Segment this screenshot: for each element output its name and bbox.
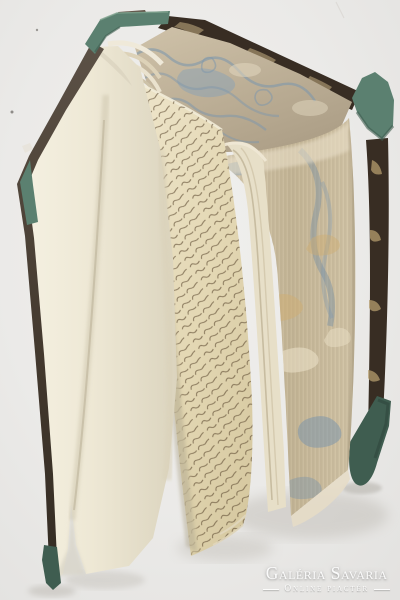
book-photograph — [0, 0, 400, 600]
watermark-subtitle-row: Online piactér — [263, 585, 390, 595]
watermark: Galéria Savaria Online piactér — [263, 565, 390, 594]
photo-stage: Galéria Savaria Online piactér — [0, 0, 400, 600]
watermark-rule-left — [263, 589, 279, 590]
dust-speck — [11, 111, 14, 114]
watermark-subtitle: Online piactér — [284, 585, 369, 595]
watermark-title: Galéria Savaria — [263, 565, 390, 583]
watermark-rule-right — [374, 589, 390, 590]
dust-speck — [36, 29, 38, 31]
